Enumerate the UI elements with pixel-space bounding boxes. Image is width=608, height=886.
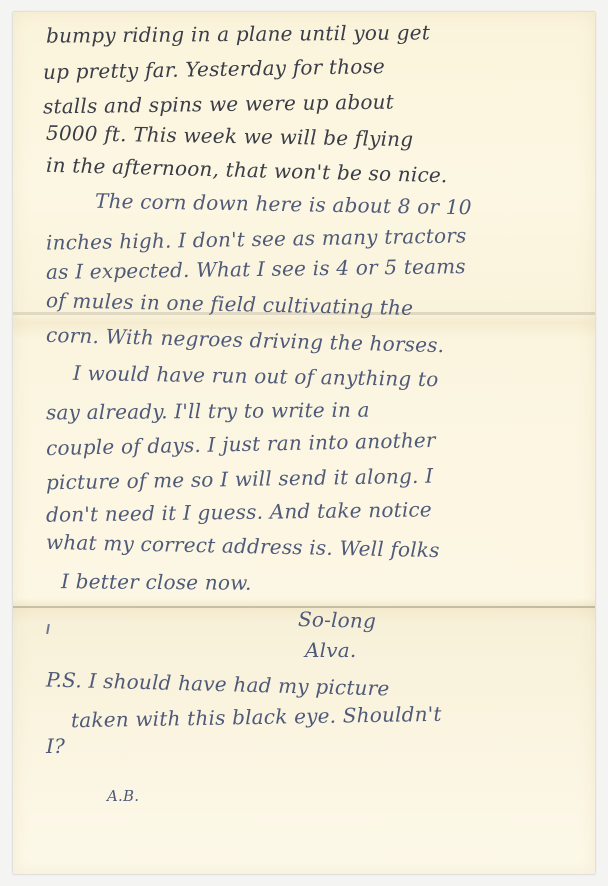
letter-line: I would have run out of anything to bbox=[73, 361, 439, 391]
letter-line: bumpy riding in a plane until you get bbox=[46, 20, 430, 47]
letter-line: inches high. I don't see as many tractor… bbox=[46, 223, 467, 254]
letter-line: The corn down here is about 8 or 10 bbox=[95, 189, 472, 220]
letter-line: as I expected. What I see is 4 or 5 team… bbox=[46, 254, 466, 284]
postscript-line: taken with this black eye. Shouldn't bbox=[71, 702, 442, 732]
letter-line: picture of me so I will send it along. I bbox=[46, 464, 434, 495]
closing: So-long bbox=[298, 607, 377, 633]
letter-line: stalls and spins we were up about bbox=[43, 90, 394, 119]
letter-page: bumpy riding in a plane until you get up… bbox=[13, 12, 595, 874]
initials: A.B. bbox=[107, 787, 139, 805]
postscript-line: I? bbox=[46, 734, 65, 758]
pen-mark bbox=[46, 624, 50, 634]
letter-line: of mules in one field cultivating the bbox=[46, 288, 414, 320]
letter-line: 5000 ft. This week we will be flying bbox=[46, 121, 414, 151]
letter-line: I better close now. bbox=[61, 569, 252, 595]
letter-line: up pretty far. Yesterday for those bbox=[43, 54, 385, 84]
signature: Alva. bbox=[305, 638, 356, 662]
letter-line: say already. I'll try to write in a bbox=[46, 398, 370, 425]
letter-line: in the afternoon, that won't be so nice. bbox=[46, 153, 448, 188]
letter-line: don't need it I guess. And take notice bbox=[46, 497, 432, 526]
letter-line: corn. With negroes driving the horses. bbox=[46, 323, 445, 357]
page-frame: bumpy riding in a plane until you get up… bbox=[0, 0, 608, 886]
postscript-line: P.S. I should have had my picture bbox=[46, 668, 390, 701]
letter-line: what my correct address is. Well folks bbox=[46, 530, 440, 562]
letter-line: couple of days. I just ran into another bbox=[46, 428, 436, 460]
